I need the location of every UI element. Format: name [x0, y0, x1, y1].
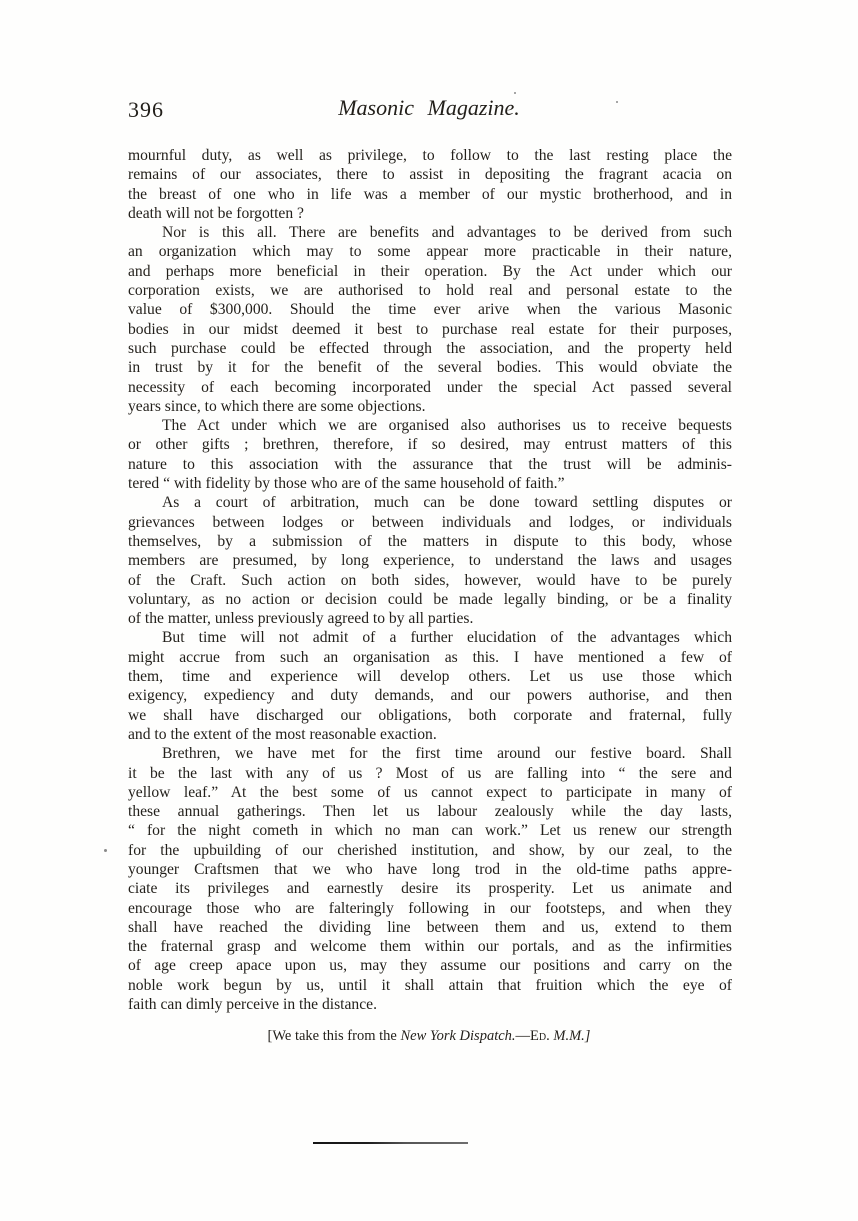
- text-line: or other gifts ; brethren, therefore, if…: [128, 435, 732, 454]
- scan-speck: [104, 849, 107, 852]
- text-line: remains of our associates, there to assi…: [128, 165, 732, 184]
- text-line: bodies in our midst deemed it best to pu…: [128, 320, 732, 339]
- text-line: Brethren, we have met for the first time…: [128, 744, 732, 763]
- text-line: might accrue from such an organisation a…: [128, 648, 732, 667]
- paragraph: As a court of arbitration, much can be d…: [128, 493, 732, 628]
- text-line: grievances between lodges or between ind…: [128, 513, 732, 532]
- text-line: yellow leaf.” At the best some of us can…: [128, 783, 732, 802]
- text-line: it be the last with any of us ? Most of …: [128, 764, 732, 783]
- section-divider-rule: [313, 1142, 468, 1144]
- text-line: tered “ with fidelity by those who are o…: [128, 474, 732, 493]
- text-line: these annual gatherings. Then let us lab…: [128, 802, 732, 821]
- text-line: death will not be forgotten ?: [128, 204, 732, 223]
- text-line: voluntary, as no action or decision coul…: [128, 590, 732, 609]
- text-line: the breast of one who in life was a memb…: [128, 185, 732, 204]
- text-line: value of $300,000. Should the time ever …: [128, 300, 732, 319]
- attribution-source: New York Dispatch.: [400, 1028, 515, 1044]
- text-line: As a court of arbitration, much can be d…: [128, 493, 732, 512]
- paragraph: But time will not admit of a further elu…: [128, 628, 732, 744]
- text-line: of the matter, unless previously agreed …: [128, 609, 732, 628]
- text-line: faith can dimly perceive in the distance…: [128, 995, 732, 1014]
- text-line: noble work begun by us, until it shall a…: [128, 976, 732, 995]
- text-line: corporation exists, we are authorised to…: [128, 281, 732, 300]
- text-line: nature to this association with the assu…: [128, 455, 732, 474]
- text-line: exigency, expediency and duty demands, a…: [128, 686, 732, 705]
- paragraph: Brethren, we have met for the first time…: [128, 744, 732, 1014]
- paragraph: Nor is this all. There are benefits and …: [128, 223, 732, 416]
- text-line: encourage those who are falteringly foll…: [128, 899, 732, 918]
- scan-speck: [514, 92, 516, 94]
- article-body: mournful duty, as well as privilege, to …: [128, 146, 732, 1014]
- text-line: we shall have discharged our obligations…: [128, 706, 732, 725]
- text-line: The Act under which we are organised als…: [128, 416, 732, 435]
- paragraph: The Act under which we are organised als…: [128, 416, 732, 493]
- text-line: of the Craft. Such action on both sides,…: [128, 571, 732, 590]
- paragraph: mournful duty, as well as privilege, to …: [128, 146, 732, 223]
- attribution-line: [We take this from the New York Dispatch…: [0, 1028, 858, 1045]
- text-line: in trust by it for the benefit of the se…: [128, 358, 732, 377]
- journal-title: Masonic Magazine.: [0, 95, 858, 121]
- text-line: of age creep apace upon us, may they ass…: [128, 956, 732, 975]
- text-line: and perhaps more beneficial in their ope…: [128, 262, 732, 281]
- text-line: “ for the night cometh in which no man c…: [128, 821, 732, 840]
- scan-speck: [616, 101, 618, 103]
- attribution-editor: —Ed.: [516, 1028, 554, 1044]
- text-line: themselves, by a submission of the matte…: [128, 532, 732, 551]
- text-line: such purchase could be effected through …: [128, 339, 732, 358]
- text-line: for the upbuilding of our cherished inst…: [128, 841, 732, 860]
- text-line: them, time and experience will develop o…: [128, 667, 732, 686]
- scanned-page: 396 Masonic Magazine. mournful duty, as …: [0, 0, 858, 1221]
- text-line: members are presumed, by long experience…: [128, 551, 732, 570]
- text-line: mournful duty, as well as privilege, to …: [128, 146, 732, 165]
- attribution-open: [We take this from the: [268, 1028, 401, 1044]
- text-line: younger Craftsmen that we who have long …: [128, 860, 732, 879]
- attribution-initials: M.M.]: [553, 1028, 590, 1044]
- text-line: But time will not admit of a further elu…: [128, 628, 732, 647]
- text-line: the fraternal grasp and welcome them wit…: [128, 937, 732, 956]
- text-line: ciate its privileges and earnestly desir…: [128, 879, 732, 898]
- text-line: necessity of each becoming incorporated …: [128, 378, 732, 397]
- text-line: years since, to which there are some obj…: [128, 397, 732, 416]
- text-line: shall have reached the dividing line bet…: [128, 918, 732, 937]
- text-line: and to the extent of the most reasonable…: [128, 725, 732, 744]
- text-line: Nor is this all. There are benefits and …: [128, 223, 732, 242]
- text-line: an organization which may to some appear…: [128, 242, 732, 261]
